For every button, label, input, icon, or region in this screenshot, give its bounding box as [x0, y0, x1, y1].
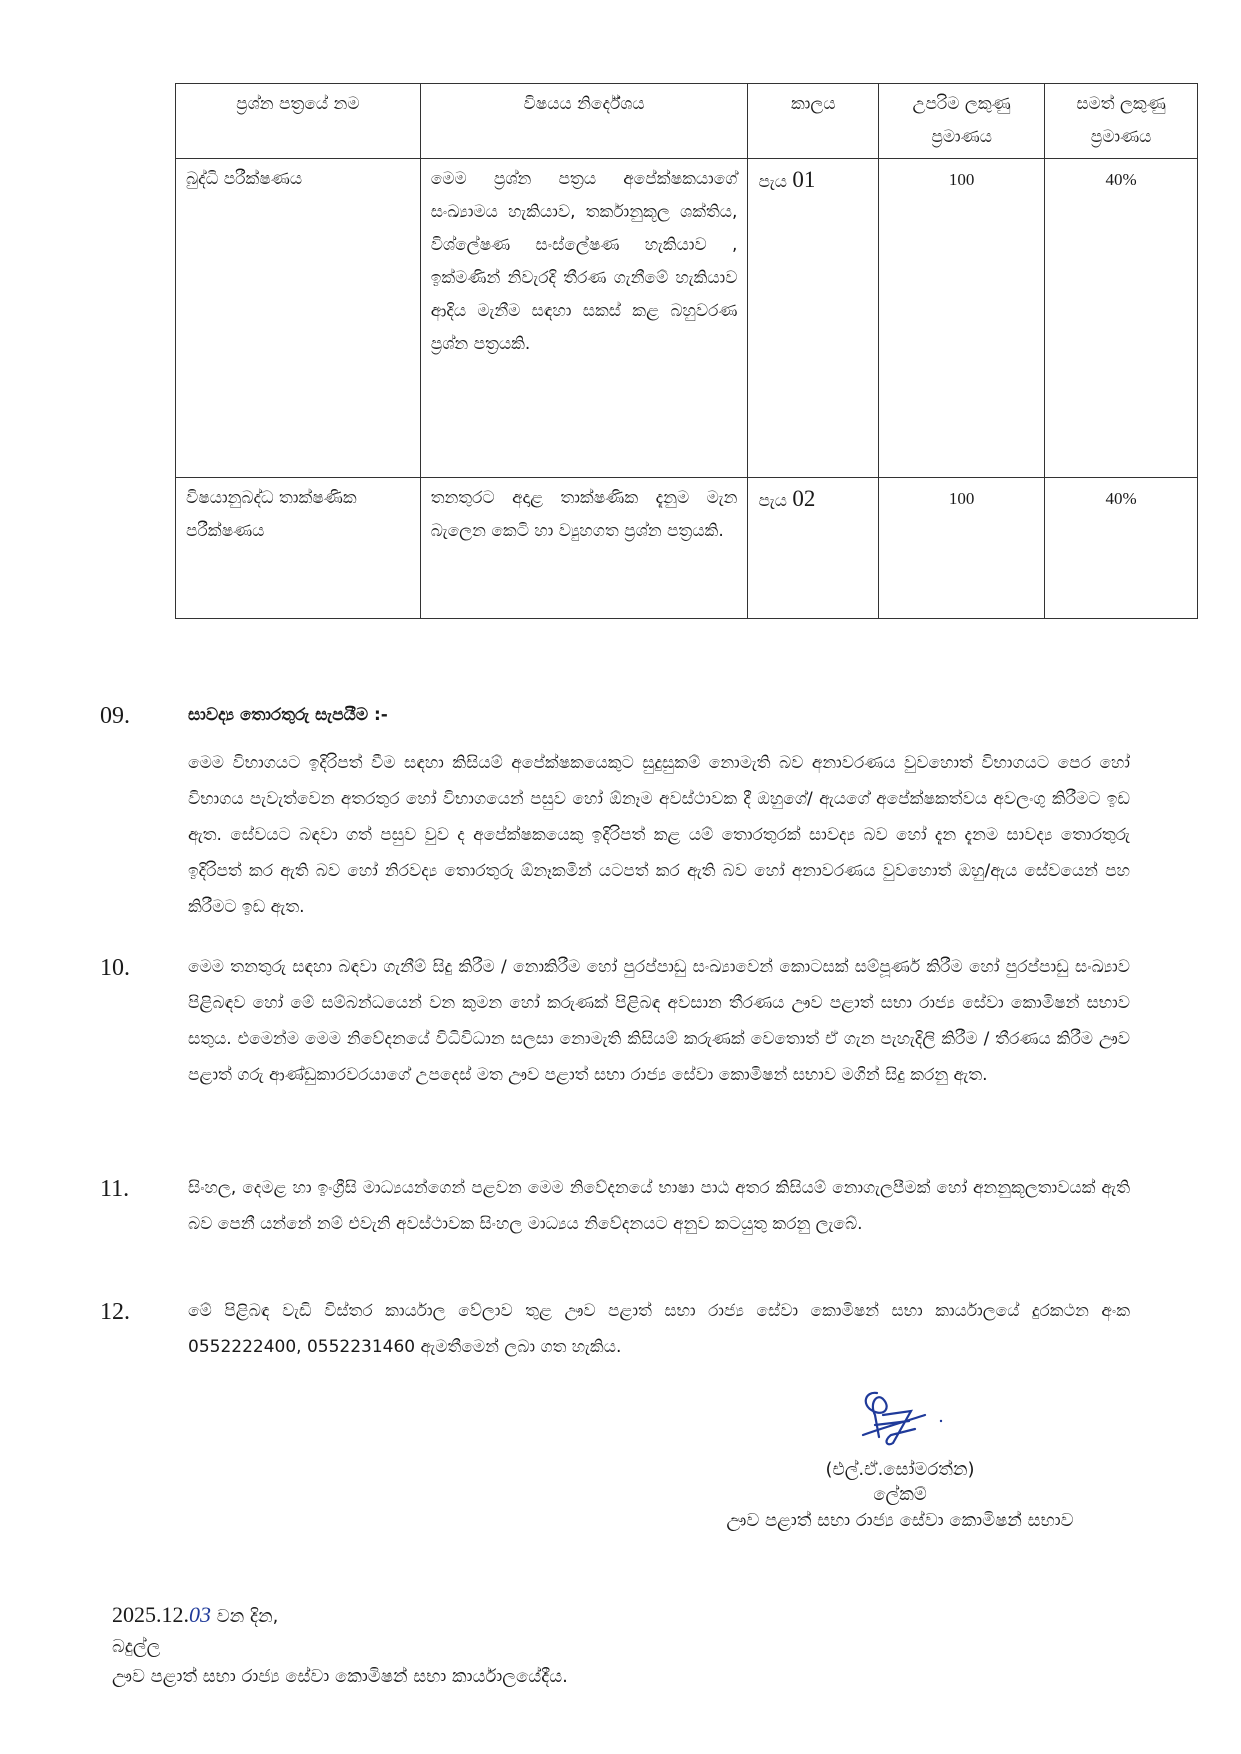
table-row: විෂයානුබද්ධ තාක්ෂණික පරීක්ෂණය තනතුරට අදා… [176, 478, 1198, 619]
section-number: 12. [100, 1299, 130, 1326]
duration-unit: පැය [758, 172, 786, 192]
section-text: සිංහල, දෙමළ හා ඉංග්‍රීසි මාධ්‍යයන්ගෙන් ප… [188, 1170, 1130, 1242]
signatory-organization: ඌව පළාත් සභා රාජ්‍ය සේවා කොමිෂන් සභාව [660, 1508, 1140, 1534]
section-number: 11. [100, 1176, 129, 1203]
place: බදුල්ල [112, 1632, 568, 1662]
date-line: 2025.12.03 වන දින, [112, 1600, 568, 1632]
section-number: 09. [100, 703, 130, 730]
paper-name-cell: විෂයානුබද්ධ තාක්ෂණික පරීක්ෂණය [176, 478, 421, 619]
duration-cell: පැය 02 [748, 478, 879, 619]
header-duration: කාලය [748, 84, 879, 159]
section-text: මේ පිළිබඳ වැඩි විස්තර කාර්යාල වේලාව තුළ … [188, 1293, 1130, 1365]
table-header-row: ප්‍රශ්න පත්‍රයේ නම විෂයය නිර්දේශය කාලය උ… [176, 84, 1198, 159]
header-pass-marks: සමත් ලකුණු ප්‍රමාණය [1045, 84, 1198, 159]
duration-value: 01 [792, 167, 815, 192]
signatory-designation: ලේකම් [760, 1482, 1040, 1508]
duration-cell: පැය 01 [748, 159, 879, 478]
exam-structure-table: ප්‍රශ්න පත්‍රයේ නම විෂයය නිර්දේශය කාලය උ… [175, 83, 1198, 619]
syllabus-cell: මෙම ප්‍රශ්න පත්‍රය අපේක්ෂකයාගේ සංඛ්‍යාමය… [420, 159, 748, 478]
paper-name-cell: බුද්ධි පරීක්ෂණය [176, 159, 421, 478]
duration-value: 02 [792, 486, 815, 511]
section-text: මෙම තනතුරු සඳහා බඳවා ගැනීම් සිදු කිරීම /… [188, 949, 1130, 1093]
max-marks-cell: 100 [879, 159, 1045, 478]
section-number: 10. [100, 955, 130, 982]
max-marks-cell: 100 [879, 478, 1045, 619]
document-page: ප්‍රශ්න පත්‍රයේ නම විෂයය නිර්දේශය කාලය උ… [0, 0, 1241, 1754]
date-prefix: 2025.12. [112, 1602, 189, 1627]
pass-marks-cell: 40% [1045, 159, 1198, 478]
section-title: සාවද්‍ය තොරතුරු සැපයීම :- [188, 705, 388, 725]
table-row: බුද්ධි පරීක්ෂණය මෙම ප්‍රශ්න පත්‍රය අපේක්… [176, 159, 1198, 478]
office: ඌව පළාත් සභා රාජ්‍ය සේවා කොමිෂන් සභා කාර… [112, 1662, 568, 1692]
pass-marks-cell: 40% [1045, 478, 1198, 619]
duration-unit: පැය [758, 491, 786, 511]
signature-mark [855, 1385, 945, 1455]
header-max-marks: උපරිම ලකුණු ප්‍රමාණය [879, 84, 1045, 159]
date-day-handwritten: 03 [189, 1602, 211, 1627]
syllabus-cell: තනතුරට අදාළ තාක්ෂණික දැනුම මැන බැලෙන කෙට… [420, 478, 748, 619]
signatory-name: (එල්.ඒ.සෝමරත්න) [760, 1457, 1040, 1483]
header-paper-name: ප්‍රශ්න පත්‍රයේ නම [176, 84, 421, 159]
section-text: මෙම විභාගයට ඉදිරිපත් වීම සඳහා කිසියම් අප… [188, 745, 1130, 925]
footer: 2025.12.03 වන දින, බදුල්ල ඌව පළාත් සභා ර… [112, 1600, 568, 1692]
date-suffix: වන දින, [217, 1606, 279, 1627]
header-syllabus: විෂයය නිර්දේශය [420, 84, 748, 159]
